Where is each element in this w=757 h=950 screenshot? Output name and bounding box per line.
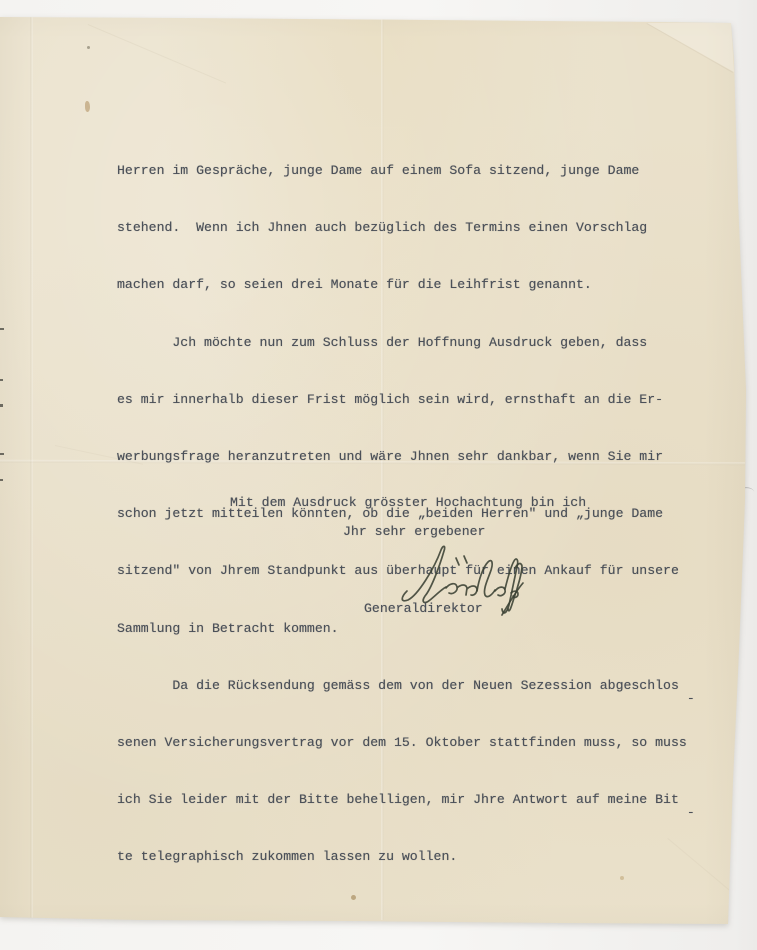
letter-line-text: Sammlung in Betracht kommen. [117,621,339,636]
left-edge-mark [0,328,4,330]
letter-line: machen darf, so seien drei Monate für di… [117,271,717,298]
closing-line: Mit dem Ausdruck grösster Hochachtung bi… [230,489,586,516]
paper-surface: Herren im Gespräche, junge Dame auf eine… [0,0,757,950]
letter-line-text: machen darf, so seien drei Monate für di… [117,277,592,292]
signature-stroke-h [477,561,495,597]
left-edge-mark [0,404,3,407]
letter-line: ich Sie leider mit der Bitte behelligen,… [117,786,717,813]
letter-line-text: senen Versicherungsvertrag vor dem 15. O… [117,735,687,750]
letter-line-text: Jch möchte nun zum Schluss der Hoffnung … [117,335,647,350]
letter-line: Da die Rücksendung gemäss dem von der Ne… [117,672,717,699]
letter-line-text: ich Sie leider mit der Bitte behelligen,… [117,792,679,807]
signer-title: Generaldirektor [364,595,483,622]
left-edge-mark [0,453,4,455]
signature-stroke-orn [446,584,477,595]
letter-line-text: Da die Rücksendung gemäss dem von der Ne… [117,678,679,693]
letter-line: Jch möchte nun zum Schluss der Hoffnung … [117,329,717,356]
left-edge-mark [0,379,3,381]
letter-line: Herren im Gespräche, junge Dame auf eine… [117,157,717,184]
scanned-letter-scene: Herren im Gespräche, junge Dame auf eine… [0,0,757,950]
letter-line-text: Herren im Gespräche, junge Dame auf eine… [117,163,639,178]
dropped-hyphen: - [687,799,695,826]
letter-line-text: stehend. Wenn ich Jhnen auch bezüglich d… [117,220,647,235]
letter-line: te telegraphisch zukommen lassen zu woll… [117,843,717,870]
paper-sheet: Herren im Gespräche, junge Dame auf eine… [0,0,757,950]
letter-line: werbungsfrage heranzutreten und wäre Jhn… [117,443,717,470]
letter-line-text: werbungsfrage heranzutreten und wäre Jhn… [117,449,663,464]
signature-stroke-o2 [495,587,505,596]
letter-line-text: es mir innerhalb dieser Frist möglich se… [117,392,663,407]
signature-stroke-umlaut [456,556,467,565]
letter-line-text: te telegraphisch zukommen lassen zu woll… [117,849,457,864]
left-edge-mark [0,479,3,481]
letter-line: es mir innerhalb dieser Frist möglich se… [117,386,717,413]
letter-line: senen Versicherungsvertrag vor dem 15. O… [117,729,717,756]
letter-line: stehend. Wenn ich Jhnen auch bezüglich d… [117,214,717,241]
dropped-hyphen: - [687,685,695,712]
